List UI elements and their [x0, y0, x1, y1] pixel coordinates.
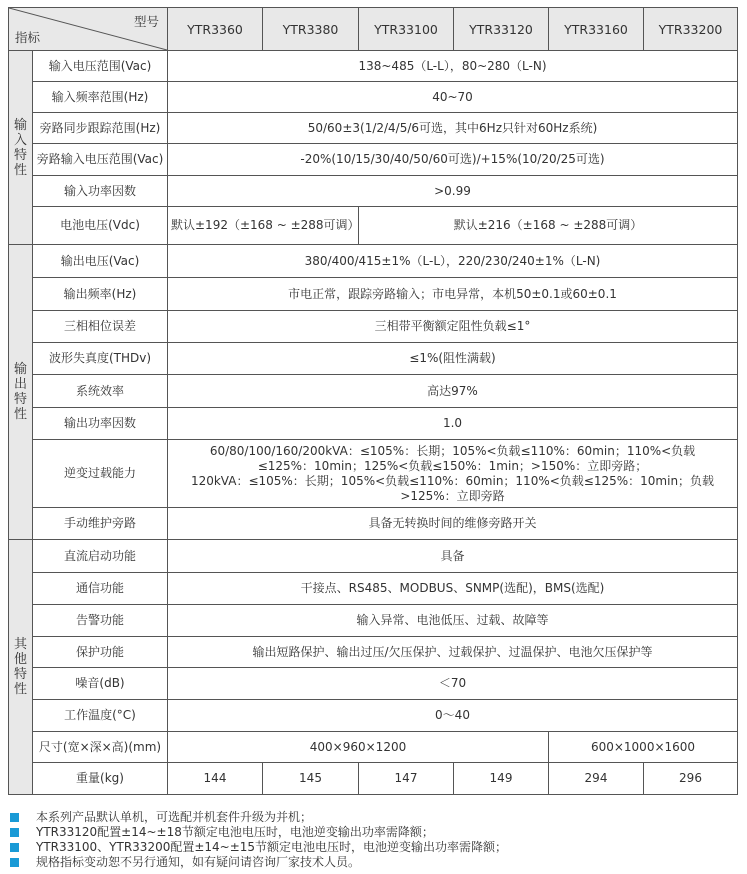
- row-label: 系统效率: [33, 375, 168, 408]
- spec-table: 型号 指标 YTR3360 YTR3380 YTR33100 YTR33120 …: [8, 7, 738, 795]
- note-text: YTR33120配置±14~±18节额定电池电压时，电池逆变输出功率需降额；: [36, 825, 434, 840]
- row-label: 波形失真度(THDv): [33, 343, 168, 375]
- overload-line-1: 60/80/100/160/200kVA：≤105%：长期；105%<负载≤11…: [182, 444, 723, 474]
- row-label: 输出电压(Vac): [33, 245, 168, 278]
- model-header: YTR33100: [359, 8, 454, 51]
- row-value: 138~485（L-L），80~280（L-N): [168, 51, 738, 82]
- row-value: 40~70: [168, 82, 738, 113]
- row-value: 高达97%: [168, 375, 738, 408]
- row-label: 告警功能: [33, 605, 168, 637]
- weight-value: 294: [549, 763, 644, 795]
- table-row: 电池电压(Vdc) 默认±192（±168 ~ ±288可调） 默认±216（±…: [9, 207, 738, 245]
- row-value: 三相带平衡额定阻性负载≤1°: [168, 311, 738, 343]
- table-row: 手动维护旁路 具备无转换时间的维修旁路开关: [9, 508, 738, 540]
- weight-value: 296: [644, 763, 738, 795]
- note-item: YTR33100、YTR33200配置±14~±15节额定电池电压时，电池逆变输…: [10, 840, 507, 855]
- table-row: 保护功能 输出短路保护、输出过压/欠压保护、过载保护、过温保护、电池欠压保护等: [9, 637, 738, 668]
- row-label: 逆变过载能力: [33, 440, 168, 508]
- row-label: 输入功率因数: [33, 176, 168, 207]
- table-row: 其他特性 直流启动功能 具备: [9, 540, 738, 573]
- overload-line-2: 120kVA：≤105%：长期；105%<负载≤110%：60min；110%<…: [182, 474, 723, 504]
- row-value: 60/80/100/160/200kVA：≤105%：长期；105%<负载≤11…: [168, 440, 738, 508]
- header-row: 型号 指标 YTR3360 YTR3380 YTR33100 YTR33120 …: [9, 8, 738, 51]
- row-label: 三相相位误差: [33, 311, 168, 343]
- table-row: 系统效率 高达97%: [9, 375, 738, 408]
- row-label: 输入电压范围(Vac): [33, 51, 168, 82]
- table-row: 旁路输入电压范围(Vac) -20%(10/15/30/40/50/60可选)/…: [9, 144, 738, 176]
- table-row: 输出功率因数 1.0: [9, 408, 738, 440]
- model-header: YTR3360: [168, 8, 263, 51]
- weight-value: 149: [454, 763, 549, 795]
- note-item: 本系列产品默认单机，可选配并机套件升级为并机；: [10, 810, 507, 825]
- row-value-b: 默认±216（±168 ~ ±288可调）: [359, 207, 738, 245]
- table-row: 噪音(dB) ＜70: [9, 668, 738, 700]
- weight-value: 145: [263, 763, 359, 795]
- row-value: 380/400/415±1%（L-L），220/230/240±1%（L-N): [168, 245, 738, 278]
- model-header: YTR33200: [644, 8, 738, 51]
- row-value: 输出短路保护、输出过压/欠压保护、过载保护、过温保护、电池欠压保护等: [168, 637, 738, 668]
- square-bullet-icon: [10, 858, 19, 867]
- table-row: 通信功能 干接点、RS485、MODBUS、SNMP(选配)，BMS(选配): [9, 573, 738, 605]
- row-label: 旁路同步跟踪范围(Hz): [33, 113, 168, 144]
- table-row: 尺寸(宽×深×高)(mm) 400×960×1200 600×1000×1600: [9, 732, 738, 763]
- row-label: 输入频率范围(Hz): [33, 82, 168, 113]
- row-value: ≤1%(阻性满载): [168, 343, 738, 375]
- row-value: ＜70: [168, 668, 738, 700]
- table-row: 重量(kg) 144 145 147 149 294 296: [9, 763, 738, 795]
- table-row: 三相相位误差 三相带平衡额定阻性负载≤1°: [9, 311, 738, 343]
- row-value-a: 400×960×1200: [168, 732, 549, 763]
- note-text: YTR33100、YTR33200配置±14~±15节额定电池电压时，电池逆变输…: [36, 840, 507, 855]
- table-row: 旁路同步跟踪范围(Hz) 50/60±3(1/2/4/5/6可选，其中6Hz只针…: [9, 113, 738, 144]
- row-value: 干接点、RS485、MODBUS、SNMP(选配)，BMS(选配): [168, 573, 738, 605]
- row-value: >0.99: [168, 176, 738, 207]
- table-row: 输出频率(Hz) 市电正常，跟踪旁路输入；市电异常，本机50±0.1或60±0.…: [9, 278, 738, 311]
- row-label: 直流启动功能: [33, 540, 168, 573]
- corner-cell: 型号 指标: [9, 8, 168, 51]
- row-label: 输出功率因数: [33, 408, 168, 440]
- weight-value: 147: [359, 763, 454, 795]
- model-header-label: 型号: [134, 14, 159, 29]
- model-header: YTR3380: [263, 8, 359, 51]
- row-label: 重量(kg): [33, 763, 168, 795]
- notes-list: 本系列产品默认单机，可选配并机套件升级为并机； YTR33120配置±14~±1…: [10, 810, 507, 870]
- table-row: 波形失真度(THDv) ≤1%(阻性满载): [9, 343, 738, 375]
- note-text: 规格指标变动恕不另行通知，如有疑问请咨询厂家技术人员。: [36, 855, 360, 870]
- row-value: 输入异常、电池低压、过载、故障等: [168, 605, 738, 637]
- row-label: 噪音(dB): [33, 668, 168, 700]
- row-value: -20%(10/15/30/40/50/60可选)/+15%(10/20/25可…: [168, 144, 738, 176]
- section-input-title: 输入特性: [9, 51, 33, 245]
- row-value: 1.0: [168, 408, 738, 440]
- section-other-title: 其他特性: [9, 540, 33, 795]
- table-row: 输入频率范围(Hz) 40~70: [9, 82, 738, 113]
- row-value: 50/60±3(1/2/4/5/6可选，其中6Hz只针对60Hz系统): [168, 113, 738, 144]
- row-label: 手动维护旁路: [33, 508, 168, 540]
- row-label: 保护功能: [33, 637, 168, 668]
- table-row: 工作温度(°C) 0～40: [9, 700, 738, 732]
- table-row: 逆变过载能力 60/80/100/160/200kVA：≤105%：长期；105…: [9, 440, 738, 508]
- spec-header-label: 指标: [15, 30, 40, 45]
- table-row: 输出特性 输出电压(Vac) 380/400/415±1%（L-L），220/2…: [9, 245, 738, 278]
- row-label: 通信功能: [33, 573, 168, 605]
- row-label: 旁路输入电压范围(Vac): [33, 144, 168, 176]
- square-bullet-icon: [10, 828, 19, 837]
- row-value: 具备: [168, 540, 738, 573]
- table-row: 输入特性 输入电压范围(Vac) 138~485（L-L），80~280（L-N…: [9, 51, 738, 82]
- table-row: 告警功能 输入异常、电池低压、过载、故障等: [9, 605, 738, 637]
- section-output-title: 输出特性: [9, 245, 33, 540]
- row-label: 电池电压(Vdc): [33, 207, 168, 245]
- model-header: YTR33120: [454, 8, 549, 51]
- row-label: 工作温度(°C): [33, 700, 168, 732]
- row-label: 输出频率(Hz): [33, 278, 168, 311]
- row-value: 具备无转换时间的维修旁路开关: [168, 508, 738, 540]
- note-text: 本系列产品默认单机，可选配并机套件升级为并机；: [36, 810, 312, 825]
- row-label: 尺寸(宽×深×高)(mm): [33, 732, 168, 763]
- table-row: 输入功率因数 >0.99: [9, 176, 738, 207]
- row-value-a: 默认±192（±168 ~ ±288可调）: [168, 207, 359, 245]
- weight-value: 144: [168, 763, 263, 795]
- row-value-b: 600×1000×1600: [549, 732, 738, 763]
- row-value: 0～40: [168, 700, 738, 732]
- note-item: YTR33120配置±14~±18节额定电池电压时，电池逆变输出功率需降额；: [10, 825, 507, 840]
- model-header: YTR33160: [549, 8, 644, 51]
- square-bullet-icon: [10, 843, 19, 852]
- square-bullet-icon: [10, 813, 19, 822]
- note-item: 规格指标变动恕不另行通知，如有疑问请咨询厂家技术人员。: [10, 855, 507, 870]
- row-value: 市电正常，跟踪旁路输入；市电异常，本机50±0.1或60±0.1: [168, 278, 738, 311]
